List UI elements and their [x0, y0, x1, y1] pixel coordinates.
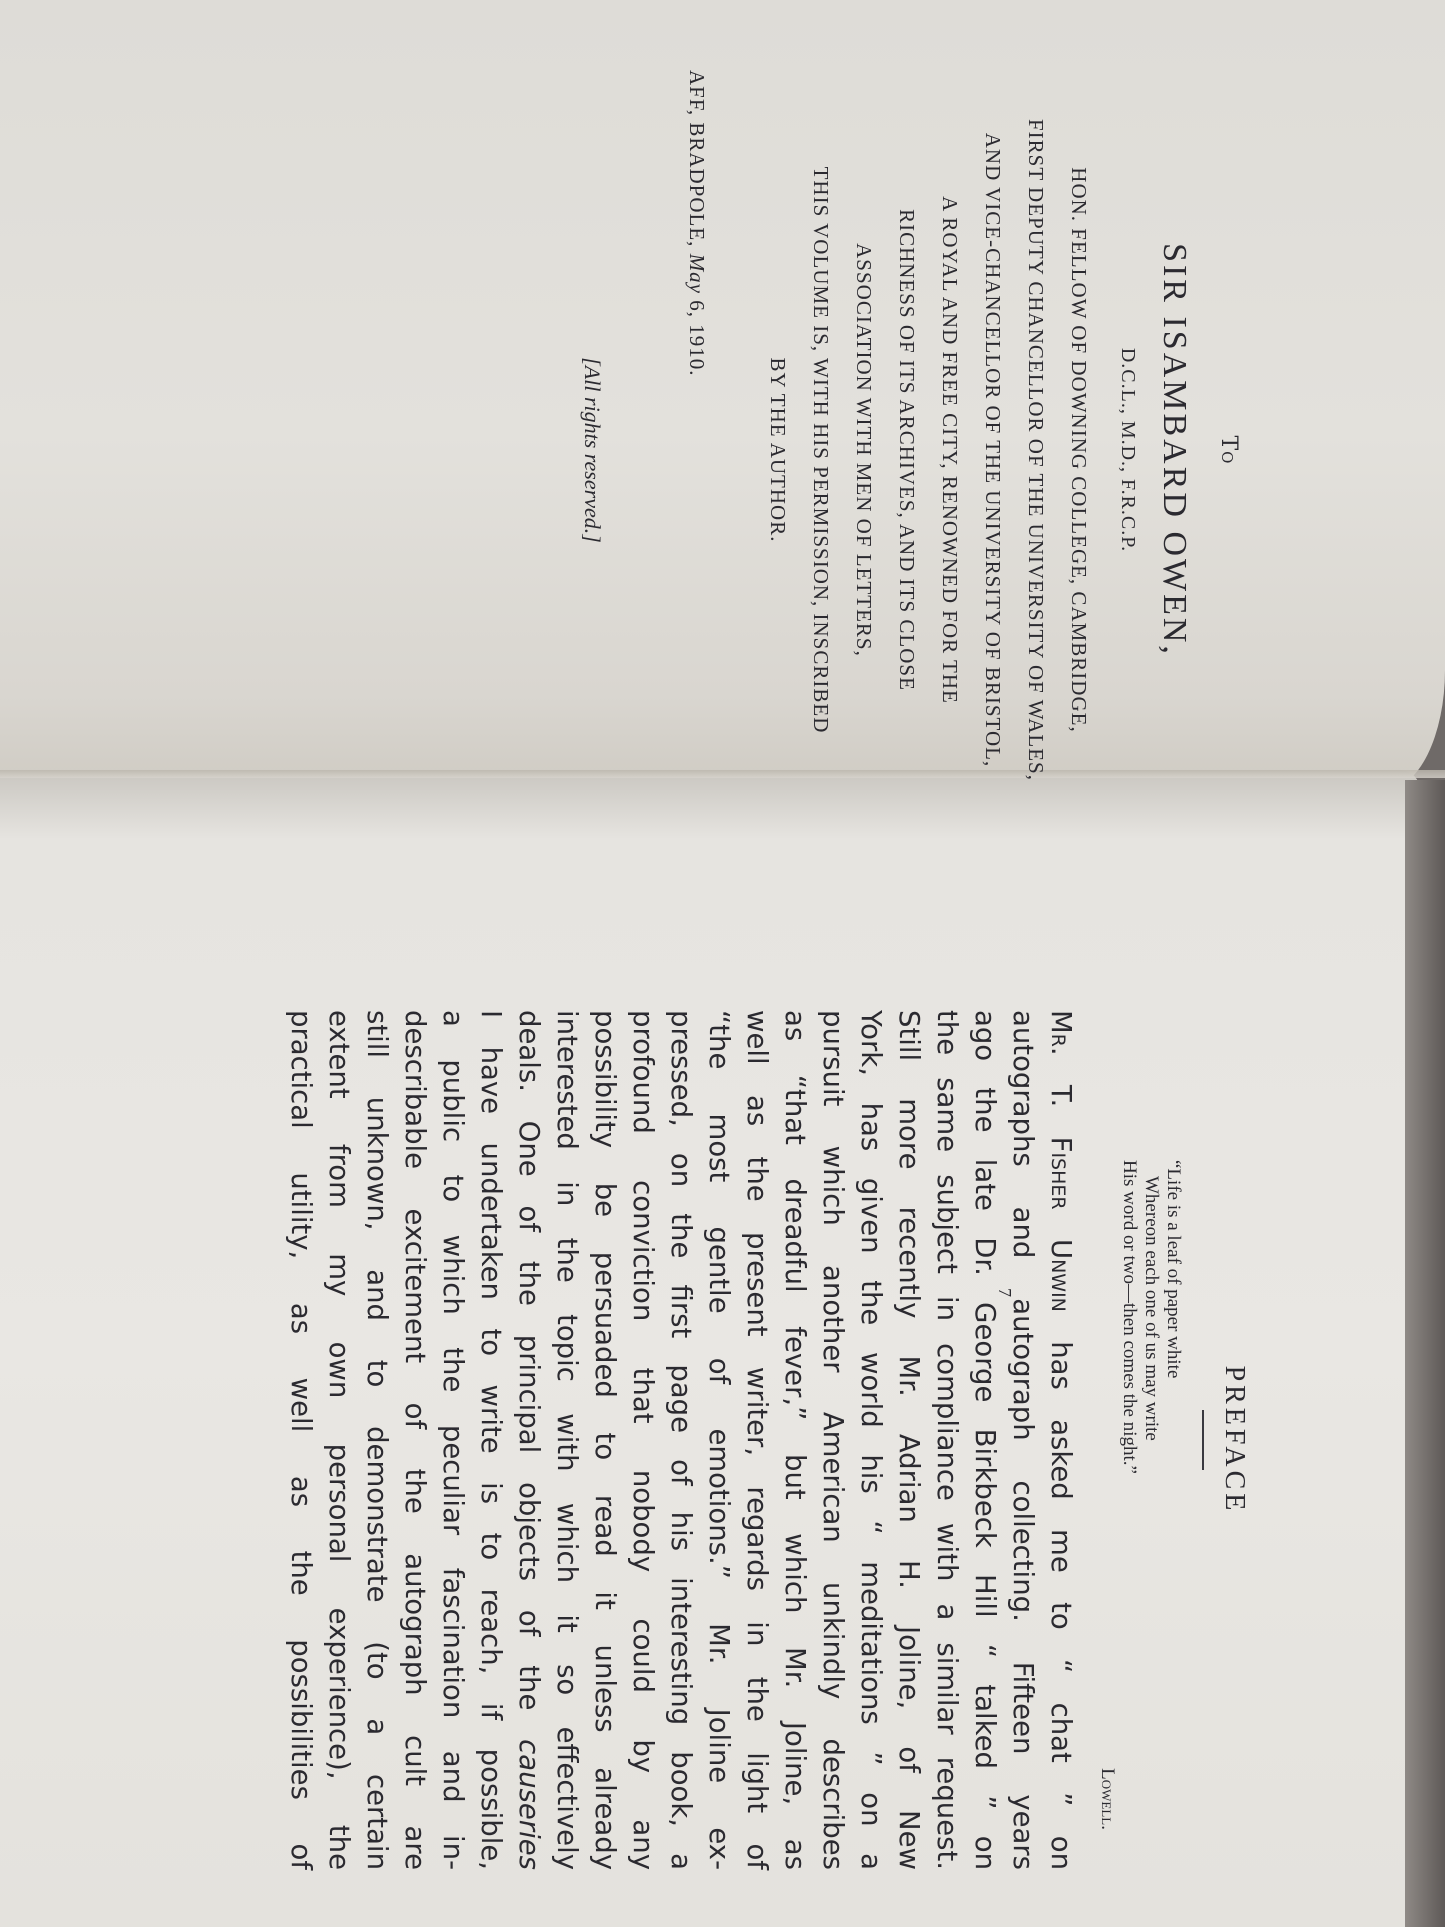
dedication-day-year: 6, 1910.: [685, 300, 709, 376]
dedication-line: THIS VOLUME IS, WITH HIS PERMISSION, INS…: [799, 70, 842, 830]
body-line: possibility be persuaded to read it unle…: [586, 1010, 624, 1870]
dedication-line: RICHNESS OF ITS ARCHIVES, AND ITS CLOSE: [885, 70, 928, 830]
title-rule: [1202, 1410, 1204, 1470]
dedication-line: HON. FELLOW OF DOWNING COLLEGE, CAMBRIDG…: [1057, 70, 1100, 830]
body-line: pursuit which another American unkindly …: [814, 1010, 852, 1870]
body-line: profound conviction that nobody could by…: [624, 1010, 662, 1870]
epigraph: “Life is a leaf of paper white Whereon e…: [1118, 1010, 1184, 1870]
body-line: the same subject in compliance with a si…: [928, 1010, 966, 1870]
preface-title: PREFACE: [1218, 1010, 1250, 1870]
epigraph-line: “Life is a leaf of paper white: [1162, 1160, 1184, 1870]
dedicatee-name: SIR ISAMBARD OWEN,: [1149, 70, 1199, 830]
rights-reserved: [All rights reserved.]: [579, 70, 605, 830]
dedication-line: BY THE AUTHOR.: [756, 70, 799, 830]
body-line: Still more recently Mr. Adrian H. Joline…: [890, 1010, 928, 1870]
body-line: “the most gentle of emotions.” Mr. Jolin…: [700, 1010, 738, 1870]
preface-body: Mr. T. Fisher Unwin has asked me to “ ch…: [282, 1010, 1080, 1870]
causeries-italic: causeries: [513, 1739, 545, 1870]
dedication-line: A ROYAL AND FREE CITY, RENOWNED FOR THE: [928, 70, 971, 830]
background-edge: [1405, 780, 1445, 1927]
dedication-place-date: AFF, BRADPOLE, May 6, 1910.: [675, 70, 718, 830]
body-line: as “that dreadful fever,” but which Mr. …: [776, 1010, 814, 1870]
body-line: interested in the topic with which it so…: [548, 1010, 586, 1870]
epigraph-line: Whereon each one of us may write: [1140, 1160, 1162, 1870]
epigraph-line: His word or two—then comes the night.”: [1118, 1160, 1140, 1870]
body-line: Mr. T. Fisher Unwin has asked me to “ ch…: [1042, 1010, 1080, 1870]
epigraph-attribution: Lowell.: [1096, 1010, 1118, 1870]
body-line: ago the late Dr. George Birkbeck Hill “ …: [966, 1010, 1004, 1870]
body-line: I have undertaken to write is to reach, …: [472, 1010, 510, 1870]
body-line: describable excitement of the autograph …: [396, 1010, 434, 1870]
body-line: practical utility, as well as the possib…: [282, 1010, 320, 1870]
dedication-month: May: [685, 254, 709, 294]
body-line: well as the present writer, regards in t…: [738, 1010, 776, 1870]
body-line: extent from my own personal experience),…: [320, 1010, 358, 1870]
body-line: autographs and autograph collecting. Fif…: [1004, 1010, 1042, 1870]
dedication-block: To SIR ISAMBARD OWEN, D.C.L., M.D., F.R.…: [579, 70, 1250, 830]
dedication-place: AFF, BRADPOLE,: [685, 70, 709, 247]
dedication-line: ASSOCIATION WITH MEN OF LETTERS,: [842, 70, 885, 830]
page-number: 7: [994, 1288, 1015, 1297]
dedication-line: AND VICE-CHANCELLOR OF THE UNIVERSITY OF…: [971, 70, 1014, 830]
body-line: pressed, on the first page of his intere…: [662, 1010, 700, 1870]
dedicatee-qualifications: D.C.L., M.D., F.R.C.P.: [1106, 70, 1149, 830]
body-line: a public to which the peculiar fascinati…: [434, 1010, 472, 1870]
body-line: York, has given the world his “ meditati…: [852, 1010, 890, 1870]
body-line: still unknown, and to demonstrate (to a …: [358, 1010, 396, 1870]
body-line: deals. One of the principal objects of t…: [510, 1010, 548, 1870]
dedication-to: To: [1207, 70, 1250, 830]
dedication-line: FIRST DEPUTY CHANCELLOR OF THE UNIVERSIT…: [1014, 70, 1057, 830]
preface-block: PREFACE “Life is a leaf of paper white W…: [282, 1010, 1250, 1870]
author-name: Mr. T. Fisher Unwin: [1045, 1010, 1077, 1312]
